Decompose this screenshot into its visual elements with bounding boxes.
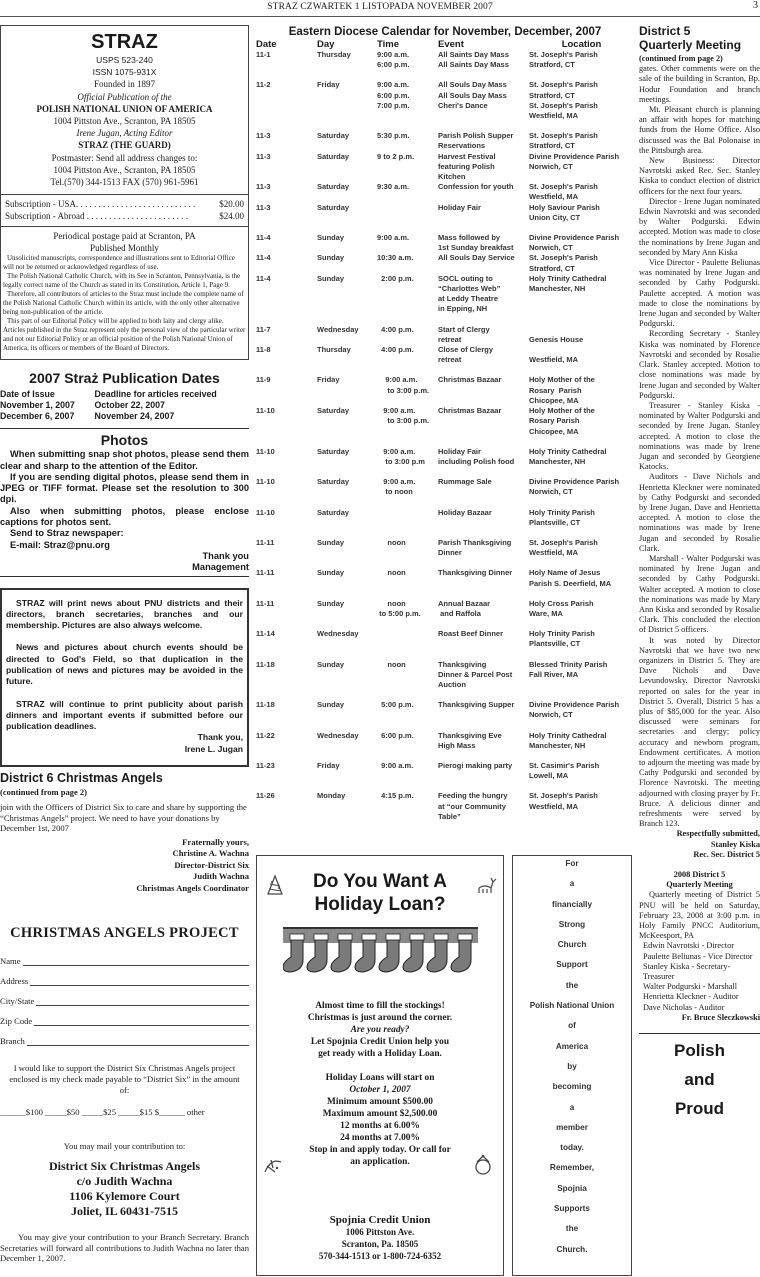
event-name: Harvest Festival featuring Polish Kitche… — [438, 152, 529, 183]
event-date: 11-7 — [256, 325, 317, 345]
event-name: Feeding the hungry at “our Community Tab… — [438, 791, 529, 822]
officer-item: Stanley Kiska - Secretary-Treasurer — [639, 962, 760, 982]
district5-paragraph: Recording Secretary - Stanley Kiska was … — [639, 329, 760, 400]
field-underline[interactable] — [23, 957, 249, 966]
meeting-2008-title: 2008 District 5 Quarterly Meeting — [639, 870, 760, 890]
event-date: 11-4 — [256, 233, 317, 253]
event-date: 11-2 — [256, 80, 317, 121]
event-date: 11-8 — [256, 345, 317, 365]
calendar-row: 11-18Sunday noonThanksgiving Dinner & Pa… — [256, 660, 634, 691]
calendar-row: 11-11Sunday noon to 5:00 p.m.Annual Baza… — [256, 599, 634, 619]
city-state-field[interactable]: City/State — [0, 986, 249, 1006]
christmas-tree-clipart-icon — [263, 874, 287, 898]
calendar-row: 11-18Sunday 5:00 p.m.Thanksgiving Supper… — [256, 700, 634, 720]
editor-notice-box: STRAZ will print news about PNU district… — [0, 588, 249, 768]
event-location: Holy Trinity Cathedral Manchester, NH — [529, 447, 634, 467]
event-date: 11-18 — [256, 700, 317, 720]
loan-intro-line: Let Spojnia Credit Union help you — [257, 1036, 503, 1048]
event-day: Wednesday — [317, 629, 377, 649]
event-location: Divine Providence Parish Norwich, CT — [529, 477, 634, 497]
event-date: 11-18 — [256, 660, 317, 691]
event-location: Holy Mother of the Rosary Parish Chicope… — [529, 406, 634, 437]
loan-start-date: October 1, 2007 — [257, 1084, 503, 1096]
loan-term-line: Stop in and apply today. Or call for — [257, 1144, 503, 1156]
event-time: 9:00 a.m. — [377, 761, 438, 781]
district5-title: District 5 — [639, 25, 760, 39]
calendar-row: 11-23Friday 9:00 a.m.Pierogi making part… — [256, 761, 634, 781]
loan-intro-line: Are you ready? — [257, 1024, 503, 1036]
field-underline[interactable] — [30, 977, 249, 986]
event-time: 9:00 a.m. to 3:00 p.m. — [377, 406, 438, 437]
subscription-usa-price: $20.00 — [219, 199, 244, 211]
calendar-row: 11-1Thursday9:00 a.m. 6:00 p.m.All Saint… — [256, 50, 634, 70]
calendar-row: 11-10SaturdayHoliday BazaarHoly Trinity … — [256, 508, 634, 528]
policy-paragraph: Unsolicited manuscripts, correspondence … — [3, 254, 246, 272]
continued-note: (continued from page 2) — [0, 787, 249, 797]
event-location: Holy Mother of the Rosary Parish Chicope… — [529, 375, 634, 406]
divider — [0, 576, 249, 577]
event-date: 11-10 — [256, 477, 317, 497]
calendar-row: 11-22Wednesday 6:00 p.m.Thanksgiving Eve… — [256, 731, 634, 751]
ad-line: financially — [513, 899, 631, 919]
event-date: 11-3 — [256, 131, 317, 151]
event-date: 11-11 — [256, 538, 317, 558]
calendar-row: 11-10Saturday 9:00 a.m. to 3:00 p.mHolid… — [256, 447, 634, 467]
event-time: noon — [377, 568, 438, 588]
calendar-row: 11-8Thursday 4:00 p.m.Close of Clergy re… — [256, 345, 634, 365]
event-name: Annual Bazaar and Raffola — [438, 599, 529, 619]
event-location: Genesis House — [529, 325, 634, 345]
address-field[interactable]: Address — [0, 966, 249, 986]
support-pnu-ad: For a financially Strong Church Support … — [512, 855, 632, 1276]
event-time: 4:15 p.m. — [377, 791, 438, 822]
calendar-row: 11-26Monday 4:15 p.m.Feeding the hungry … — [256, 791, 634, 822]
event-location: Westfield, MA — [529, 345, 634, 365]
table-row: December 6, 2007November 24, 2007 — [0, 411, 249, 422]
holiday-loan-ad: Do You Want A Holiday Loan? Almost time … — [256, 855, 504, 1276]
event-name: Roast Beef Dinner — [438, 629, 529, 649]
event-time: 9:00 a.m. to noon — [377, 477, 438, 497]
loan-term-line: an application. — [257, 1156, 503, 1168]
ad-line: Polish National Union — [513, 1000, 631, 1020]
notice-paragraph: STRAZ will continue to print publicity a… — [6, 699, 243, 733]
event-location: St. Joseph's Parish Westfield, MA — [529, 791, 634, 822]
running-header: STRAZ CZWARTEK 1 LISTOPADA NOVEMBER 2007… — [0, 0, 760, 17]
column-header-day: Day — [317, 39, 377, 50]
banner-line: and — [639, 1065, 760, 1094]
event-day: Friday — [317, 761, 377, 781]
event-date: 11-3 — [256, 203, 317, 223]
event-location: Holy Name of Jesus Parish S. Deerfield, … — [529, 568, 634, 588]
loan-rate-24: 24 months at 7.00% — [257, 1132, 503, 1144]
event-day: Saturday — [317, 447, 377, 467]
event-date: 11-4 — [256, 274, 317, 315]
field-label: Branch — [0, 1036, 25, 1046]
loan-terms: Holiday Loans will start on October 1, 2… — [257, 1072, 503, 1168]
event-location: St. Joseph's Parish Westfield, MA — [529, 182, 634, 202]
photos-paragraph: When submitting snap shot photos, please… — [0, 449, 249, 472]
column-header: Date of Issue — [0, 389, 95, 400]
event-name: Rummage Sale — [438, 477, 529, 497]
event-date: 11-10 — [256, 508, 317, 528]
loan-intro-line: get ready with a Holiday Loan. — [257, 1048, 503, 1060]
event-day: Sunday — [317, 660, 377, 691]
event-name: Christmas Bazaar — [438, 406, 529, 437]
event-day: Saturday — [317, 131, 377, 151]
loan-minimum: Minimum amount $500.00 — [257, 1096, 503, 1108]
postage-line: Periodical postage paid at Scranton, PA — [3, 231, 246, 243]
signature-line: Stanley Kiska — [639, 840, 760, 850]
loan-rate-12: 12 months at 6.00% — [257, 1120, 503, 1132]
calendar-row: 11-11Sunday noonThanksgiving DinnerHoly … — [256, 568, 634, 588]
event-time: noon — [377, 660, 438, 691]
ad-line: Spojnia — [513, 1183, 631, 1203]
district5-paragraph: New Business: Director Navrotski asked R… — [639, 156, 760, 197]
field-label: Address — [0, 976, 28, 986]
event-day: Sunday — [317, 233, 377, 253]
event-day: Saturday — [317, 477, 377, 497]
district5-paragraph: Mt. Pleasant church is planning an affai… — [639, 105, 760, 156]
founded-line: Founded in 1897 — [5, 78, 244, 90]
org-name: POLISH NATIONAL UNION OF AMERICA — [5, 103, 244, 115]
event-day: Saturday — [317, 182, 377, 202]
ad-line: the — [513, 1223, 631, 1243]
calendar-row: 11-3Saturday9 to 2 p.m.Harvest Festival … — [256, 152, 634, 183]
calendar-title: Eastern Diocese Calendar for November, D… — [256, 25, 634, 39]
officer-item: Paulette Beliunas - Vice Director — [639, 952, 760, 962]
running-header-title: STRAZ CZWARTEK 1 LISTOPADA NOVEMBER 2007 — [0, 2, 760, 12]
polish-and-proud-banner: Polish and Proud — [639, 1036, 760, 1123]
diocese-calendar: Eastern Diocese Calendar for November, D… — [256, 25, 634, 822]
event-date: 11-4 — [256, 253, 317, 273]
event-location: Holy Cross Parish Ware, MA — [529, 599, 634, 619]
event-name: Thanksgiving Supper — [438, 700, 529, 720]
field-underline[interactable] — [34, 1017, 249, 1026]
event-day: Sunday — [317, 274, 377, 315]
table-row: November 1, 2007October 22, 2007 — [0, 400, 249, 411]
frequency-line: Published Monthly — [3, 243, 246, 255]
ad-line: For — [513, 858, 631, 878]
event-time: 5:00 p.m. — [377, 700, 438, 720]
official-line: Official Publication of the — [5, 91, 244, 103]
event-day: Sunday — [317, 568, 377, 588]
phone-fax: Tel.(570) 344-1513 FAX (570) 961-5961 — [5, 176, 244, 188]
policy-paragraph: This part of our Editorial Policy will b… — [3, 317, 246, 353]
policy-paragraph: Therefore, all contributors of articles … — [3, 290, 246, 317]
event-day: Sunday — [317, 538, 377, 558]
zip-code-field[interactable]: Zip Code — [0, 1006, 249, 1026]
district5-paragraph: It was noted by Director Navrotski that … — [639, 636, 760, 830]
address-line: Joliet, IL 60431-7515 — [0, 1204, 249, 1219]
issue-date: November 1, 2007 — [0, 400, 95, 411]
event-day: Sunday — [317, 253, 377, 273]
policy-paragraph: The Polish National Catholic Church, wit… — [3, 272, 246, 290]
field-label: Zip Code — [0, 1016, 32, 1026]
notice-paragraph: STRAZ will print news about PNU district… — [6, 598, 243, 632]
district5-paragraph: Director - Irene Jugan nominated Edwin N… — [639, 197, 760, 258]
photos-sign: Thank you — [0, 551, 249, 562]
district6-title: District 6 Christmas Angels — [0, 771, 249, 785]
event-location: Holy Trinity Parish Plantsville, CT — [529, 508, 634, 528]
signature-line: Rec. Sec. District 5 — [639, 850, 760, 860]
postmaster-line: Postmaster: Send all address changes to: — [5, 152, 244, 164]
event-location: St. Joseph's Parish Stratford, CT — [529, 50, 634, 70]
district5-paragraph: Marshall - Walter Podgurski was nominate… — [639, 554, 760, 636]
calendar-row: 11-4Sunday10:30 a.m.All Souls Day Servic… — [256, 253, 634, 273]
meeting-2008-body: Quarterly meeting of District 5 PNU will… — [639, 890, 760, 941]
divider — [639, 1033, 760, 1034]
ad-line: Support — [513, 959, 631, 979]
photos-paragraph: Also when submitting photos, please encl… — [0, 506, 249, 529]
event-time — [377, 508, 438, 528]
event-location: St. Joseph's Parish Stratford, CT — [529, 131, 634, 151]
event-day: Sunday — [317, 599, 377, 619]
event-time: 4:00 p.m. — [377, 325, 438, 345]
name-field[interactable]: Name — [0, 946, 249, 966]
loan-headline-2: Holiday Loan? — [257, 893, 503, 916]
district5-paragraph: Vice Director - Paulette Beliunas was no… — [639, 258, 760, 329]
event-name: Holiday Bazaar — [438, 508, 529, 528]
publication-dates: 2007 Straż Publication Dates Date of Iss… — [0, 370, 249, 422]
amount-options[interactable]: ______$100 _____$50 _____$25 _____$15 $_… — [0, 1107, 249, 1117]
signature-line: Director-District Six — [0, 860, 249, 872]
photos-title: Photos — [0, 431, 249, 449]
event-location: Holy Trinity Cathedral Manchester, NH — [529, 731, 634, 751]
event-day: Saturday — [317, 406, 377, 437]
field-underline[interactable] — [36, 997, 249, 1006]
event-date: 11-1 — [256, 50, 317, 70]
event-name: Christmas Bazaar — [438, 375, 529, 406]
field-underline[interactable] — [27, 1037, 249, 1046]
calendar-row: 11-3Saturday9:30 a.m.Confession for yout… — [256, 182, 634, 202]
publication-dates-table: Date of IssueDeadline for articles recei… — [0, 389, 249, 422]
event-name: Thanksgiving Dinner — [438, 568, 529, 588]
calendar-body: 11-1Thursday9:00 a.m. 6:00 p.m.All Saint… — [256, 50, 634, 822]
event-location: Divine Providence Parish Norwich, CT — [529, 233, 634, 253]
loan-term-line: Holiday Loans will start on — [257, 1072, 503, 1084]
photos-paragraph: If you are sending digital photos, pleas… — [0, 472, 249, 506]
ad-line: a — [513, 1102, 631, 1122]
left-column: STRAZ USPS 523-240 ISSN 1075-931X Founde… — [0, 25, 249, 1264]
event-name: Confession for youth — [438, 182, 529, 202]
branch-field[interactable]: Branch — [0, 1026, 249, 1046]
signature-line: Fraternally yours, — [0, 837, 249, 849]
event-date: 11-3 — [256, 182, 317, 202]
ad-line: member — [513, 1122, 631, 1142]
right-column: District 5 Quarterly Meeting (continued … — [639, 25, 760, 1123]
notice-sign-name: Irene L. Jugan — [6, 744, 243, 755]
loan-maximum: Maximum amount $2,500.00 — [257, 1108, 503, 1120]
form-title: CHRISTMAS ANGELS PROJECT — [0, 925, 249, 942]
event-name: SOCL outing to “Charlottes Web” at Leddy… — [438, 274, 529, 315]
column-header: Deadline for articles received — [95, 389, 249, 400]
holly-clipart-icon — [261, 1154, 285, 1178]
district5-signature: Respectfully submitted, Stanley Kiska Re… — [639, 829, 760, 860]
photos-sign-management: Management — [0, 562, 249, 573]
calendar-row: 11-10Saturday 9:00 a.m. to noonRummage S… — [256, 477, 634, 497]
address-line: 1006 Pittston Ave. — [257, 1226, 503, 1238]
officer-item: Walter Podgurski - Marshall — [639, 982, 760, 992]
calendar-row: 11-3SaturdayHoliday FairHoly Saviour Par… — [256, 203, 634, 223]
event-location: Divine Providence Parish Norwich, CT — [529, 700, 634, 720]
signature-line: Respectfully submitted, — [639, 829, 760, 839]
event-time: 6:00 p.m. — [377, 731, 438, 751]
branch-secretary-note: You may give your contribution to your B… — [0, 1232, 249, 1264]
event-day: Thursday — [317, 50, 377, 70]
event-time: 4:00 p.m. — [377, 345, 438, 365]
calendar-row: 11-14WednesdayRoast Beef DinnerHoly Trin… — [256, 629, 634, 649]
ad-line: a — [513, 878, 631, 898]
issn-number: ISSN 1075-931X — [5, 66, 244, 78]
masthead-box: STRAZ USPS 523-240 ISSN 1075-931X Founde… — [0, 25, 249, 360]
calendar-header-row: Date Day Time Event Location — [256, 39, 634, 50]
calendar-row: 11-2Friday9:00 a.m. 6:00 p.m. 7:00 p.m.A… — [256, 80, 634, 121]
officer-item: Edwin Navrotski - Director — [639, 941, 760, 951]
calendar-row: 11-4Sunday9:00 a.m.Mass followed by 1st … — [256, 233, 634, 253]
column-header-event: Event — [438, 39, 529, 50]
event-day: Saturday — [317, 152, 377, 183]
event-name: Thanksgiving Eve High Mass — [438, 731, 529, 751]
event-location: St. Joseph's Parish Stratford, CT — [529, 253, 634, 273]
loan-headline-1: Do You Want A — [257, 870, 503, 893]
event-name: Thanksgiving Dinner & Parcel Post Auctio… — [438, 660, 529, 691]
ad-line: of — [513, 1020, 631, 1040]
event-time: 9:00 a.m. to 3:00 p.m. — [377, 375, 438, 406]
masthead-logo: STRAZ — [5, 30, 244, 54]
event-time: 9:00 a.m. — [377, 233, 438, 253]
loan-intro-line: Christmas is just around the corner. — [257, 1012, 503, 1024]
subscription-abroad-label: Subscription - Abroad . . . . . . . . . … — [5, 211, 188, 223]
event-location: Holy Trinity Cathedral Manchester, NH — [529, 274, 634, 315]
event-day: Wednesday — [317, 731, 377, 751]
event-day: Saturday — [317, 508, 377, 528]
credit-union-address: 1006 Pittston Ave. Scranton, Pa. 18505 5… — [257, 1226, 503, 1262]
calendar-row: 11-11Sunday noonParish Thanksgiving Dinn… — [256, 538, 634, 558]
district5-subtitle: Quarterly Meeting — [639, 39, 760, 53]
notice-sign: Thank you, — [6, 732, 243, 743]
page-number: 3 — [753, 0, 758, 11]
event-name: Holiday Fair — [438, 203, 529, 223]
event-name: Start of Clergy retreat — [438, 325, 529, 345]
photos-send-to: Send to Straz newspaper: — [0, 528, 249, 539]
address-line: Scranton, Pa. 18505 — [257, 1238, 503, 1250]
event-date: 11-3 — [256, 152, 317, 183]
pledge-text: I would like to support the District Six… — [0, 1063, 249, 1096]
event-name: Parish Thanksgiving Dinner — [438, 538, 529, 558]
event-day: Wednesday — [317, 325, 377, 345]
photos-email[interactable]: E-mail: Straz@pnu.org — [0, 540, 249, 551]
event-location: Holy Saviour Parish Union City, CT — [529, 203, 634, 223]
meeting-2008-title-line: 2008 District 5 — [639, 870, 760, 880]
event-time: 9:00 a.m. 6:00 p.m. 7:00 p.m. — [377, 80, 438, 121]
event-name: Parish Polish Supper Reservations — [438, 131, 529, 151]
meeting-2008-title-line: Quarterly Meeting — [639, 880, 760, 890]
stockings-icon — [283, 924, 478, 982]
mail-intro: You may mail your contribution to: — [0, 1141, 249, 1151]
publication-dates-title: 2007 Straż Publication Dates — [0, 370, 249, 386]
ad-line: Church. — [513, 1244, 631, 1264]
photos-section: Photos When submitting snap shot photos,… — [0, 429, 249, 573]
continued-note: (continued from page 2) — [639, 54, 760, 64]
loan-intro-line: Almost time to fill the stockings! — [257, 1000, 503, 1012]
ad-line: the — [513, 980, 631, 1000]
event-date: 11-10 — [256, 406, 317, 437]
ad-line: today. — [513, 1142, 631, 1162]
signature-line: Christine A. Wachna — [0, 848, 249, 860]
mailing-address: District Six Christmas Angels c/o Judith… — [0, 1159, 249, 1219]
event-name: All Souls Day Mass All Souls Day Mass Ch… — [438, 80, 529, 121]
event-name: Holiday Fair including Polish food — [438, 447, 529, 467]
event-location: Divine Providence Parish Norwich, CT — [529, 152, 634, 183]
editorial-policy: Periodical postage paid at Scranton, PA … — [1, 226, 248, 359]
event-time: 9 to 2 p.m. — [377, 152, 438, 183]
postmaster-address: 1004 Pittston Ave., Scranton, PA 18505 — [5, 164, 244, 176]
deadline-date: October 22, 2007 — [95, 400, 249, 411]
event-time: 10:30 a.m. — [377, 253, 438, 273]
subscription-usa-label: Subscription - USA. . . . . . . . . . . … — [5, 199, 195, 211]
calendar-row: 11-10Saturday 9:00 a.m. to 3:00 p.m.Chri… — [256, 406, 634, 437]
event-date: 11-22 — [256, 731, 317, 751]
calendar-row: 11-4Sunday 2:00 p.m.SOCL outing to “Char… — [256, 274, 634, 315]
loan-intro: Almost time to fill the stockings! Chris… — [257, 1000, 503, 1060]
event-name: All Saints Day Mass All Saints Day Mass — [438, 50, 529, 70]
closing-signature: Fr. Bruce Sleczkowski — [639, 1013, 760, 1023]
credit-union-phone: 570-344-1513 or 1-800-724-6352 — [257, 1250, 503, 1262]
event-time: noon — [377, 538, 438, 558]
issue-date: December 6, 2007 — [0, 411, 95, 422]
calendar-row: 11-7Wednesday 4:00 p.m.Start of Clergy r… — [256, 325, 634, 345]
signature-line: Judith Wachna — [0, 871, 249, 883]
event-day: Thursday — [317, 345, 377, 365]
address-line: c/o Judith Wachna — [0, 1174, 249, 1189]
ad-line: Remember, — [513, 1162, 631, 1182]
event-day: Saturday — [317, 203, 377, 223]
event-time — [377, 203, 438, 223]
ad-line: Church — [513, 939, 631, 959]
subscription-prices: Subscription - USA. . . . . . . . . . . … — [1, 194, 248, 226]
reindeer-clipart-icon — [473, 874, 497, 898]
officers-list: Edwin Navrotski - Director Paulette Beli… — [639, 941, 760, 1012]
district6-signature: Fraternally yours, Christine A. Wachna D… — [0, 837, 249, 895]
ad-line: becoming — [513, 1081, 631, 1101]
officer-item: Dave Nicholas - Auditor — [639, 1003, 760, 1013]
column-header-date: Date — [256, 39, 317, 50]
column-header-time: Time — [377, 39, 438, 50]
ad-line: by — [513, 1061, 631, 1081]
event-time: 9:00 a.m. 6:00 p.m. — [377, 50, 438, 70]
event-day: Sunday — [317, 700, 377, 720]
district5-paragraph: Treasurer - Stanley Kiska - nominated by… — [639, 401, 760, 472]
event-time: noon to 5:00 p.m. — [377, 599, 438, 619]
event-name: Mass followed by 1st Sunday breakfast — [438, 233, 529, 253]
event-time: 2:00 p.m. — [377, 274, 438, 315]
field-label: City/State — [0, 996, 34, 1006]
district6-body: join with the Officers of District Six t… — [0, 802, 249, 834]
ad-line: America — [513, 1041, 631, 1061]
event-time: 9:30 a.m. — [377, 182, 438, 202]
address-line: District Six Christmas Angels — [0, 1159, 249, 1174]
field-label: Name — [0, 956, 21, 966]
event-location: St. Joseph's Parish Westfield, MA — [529, 538, 634, 558]
notice-paragraph: News and pictures about church events sh… — [6, 642, 243, 687]
org-address: 1004 Pittston Ave., Scranton, PA 18505 — [5, 115, 244, 127]
district6-article: District 6 Christmas Angels (continued f… — [0, 771, 249, 894]
event-location: Blessed Trinity Parish Fall River, MA — [529, 660, 634, 691]
event-date: 11-11 — [256, 568, 317, 588]
district5-paragraph: gates. Other comments were on the sale o… — [639, 64, 760, 105]
event-date: 11-14 — [256, 629, 317, 649]
event-date: 11-11 — [256, 599, 317, 619]
